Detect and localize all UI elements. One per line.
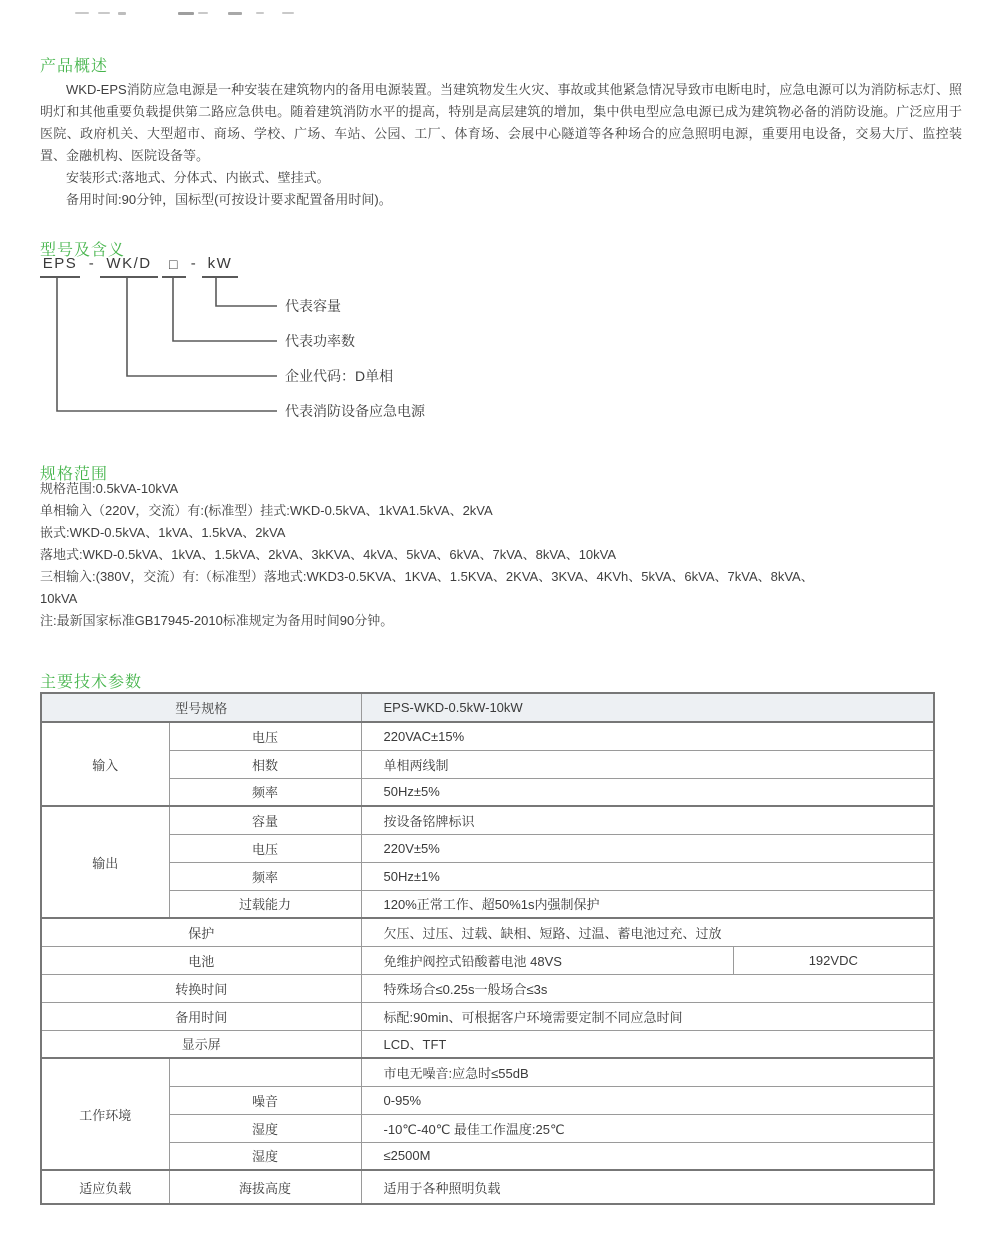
spec-line: 注:最新国家标准GB17945-2010标准规定为备用时间90分钟。 bbox=[40, 610, 962, 632]
value-cell: 免维护阀控式铅酸蓄电池 48VS bbox=[361, 946, 733, 974]
model-part-placeholder-box: □ bbox=[162, 254, 186, 278]
model-part-dash: - bbox=[86, 254, 98, 276]
table-row: 备用时间 标配:90min、可根据客户环境需要定制不同应急时间 bbox=[41, 1002, 934, 1030]
overview-text-block: WKD-EPS消防应急电源是一种安装在建筑物内的备用电源装置。当建筑物发生火灾、… bbox=[40, 79, 962, 211]
table-row: 湿度 -10℃-40℃ 最佳工作温度:25℃ bbox=[41, 1114, 934, 1142]
param-cell: 容量 bbox=[169, 806, 361, 834]
spec-line: 三相输入:(380V，交流）有:（标准型）落地式:WKD3-0.5KVA、1KV… bbox=[40, 566, 962, 588]
param-cell: 湿度 bbox=[169, 1114, 361, 1142]
datasheet-page: { "accent_color": "#45b44b", "overview":… bbox=[0, 0, 1000, 1253]
param-cell-protection: 保护 bbox=[41, 918, 361, 946]
value-cell: LCD、TFT bbox=[361, 1030, 934, 1058]
value-cell: 50Hz±5% bbox=[361, 778, 934, 806]
table-row: 频率 50Hz±1% bbox=[41, 862, 934, 890]
param-cell: 频率 bbox=[169, 862, 361, 890]
value-cell: 适用于各种照明负载 bbox=[361, 1170, 934, 1204]
table-row: 适应负载 海拔高度 适用于各种照明负载 bbox=[41, 1170, 934, 1204]
param-cell-battery: 电池 bbox=[41, 946, 361, 974]
group-cell-environment: 工作环境 bbox=[41, 1058, 169, 1170]
model-part-dash: - bbox=[188, 254, 200, 276]
value-cell: 市电无噪音:应急时≤55dB bbox=[361, 1058, 934, 1086]
param-cell-display: 显示屏 bbox=[41, 1030, 361, 1058]
value-cell: 120%正常工作、超50%1s内强制保护 bbox=[361, 890, 934, 918]
diagram-label-eps-meaning: 代表消防设备应急电源 bbox=[285, 401, 425, 421]
table-row: 噪音 0-95% bbox=[41, 1086, 934, 1114]
model-part-wkd: WK/D bbox=[100, 254, 158, 278]
table-header-row: 型号规格 EPS-WKD-0.5kW-10kW bbox=[41, 693, 934, 722]
model-code-diagram: EPS - WK/D □ - kW 代表容量 代表功率数 企业代码：D单相 代表… bbox=[40, 254, 600, 430]
param-cell: 频率 bbox=[169, 778, 361, 806]
value-cell: 0-95% bbox=[361, 1086, 934, 1114]
param-cell: 相数 bbox=[169, 750, 361, 778]
value-cell: 220VAC±15% bbox=[361, 722, 934, 750]
param-cell: 电压 bbox=[169, 722, 361, 750]
section-heading-parameters: 主要技术参数 bbox=[40, 673, 440, 693]
param-cell-altitude: 海拔高度 bbox=[169, 1170, 361, 1204]
value-cell: 220V±5% bbox=[361, 834, 934, 862]
value-cell: 按设备铭牌标识 bbox=[361, 806, 934, 834]
value-cell: 标配:90min、可根据客户环境需要定制不同应急时间 bbox=[361, 1002, 934, 1030]
value-cell: ≤2500M bbox=[361, 1142, 934, 1170]
spec-line: 规格范围:0.5kVA-10kVA bbox=[40, 478, 962, 500]
diagram-connector-lines bbox=[40, 278, 290, 418]
param-cell: 湿度 bbox=[169, 1142, 361, 1170]
value-cell: 欠压、过压、过载、缺相、短路、过温、蓄电池过充、过放 bbox=[361, 918, 934, 946]
specs-text-block: 规格范围:0.5kVA-10kVA 单相输入（220V，交流）有:(标准型）挂式… bbox=[40, 478, 962, 632]
value-cell: 50Hz±1% bbox=[361, 862, 934, 890]
table-row: 电压 220V±5% bbox=[41, 834, 934, 862]
section-heading-overview: 产品概述 bbox=[40, 57, 440, 77]
param-cell: 过载能力 bbox=[169, 890, 361, 918]
param-cell-empty bbox=[169, 1058, 361, 1086]
value-cell: -10℃-40℃ 最佳工作温度:25℃ bbox=[361, 1114, 934, 1142]
table-row: 频率 50Hz±5% bbox=[41, 778, 934, 806]
spec-line: 10kVA bbox=[40, 588, 962, 610]
param-cell: 电压 bbox=[169, 834, 361, 862]
diagram-label-company-code: 企业代码：D单相 bbox=[285, 366, 393, 386]
table-row: 转换时间 特殊场合≤0.25s一般场合≤3s bbox=[41, 974, 934, 1002]
value-cell: 单相两线制 bbox=[361, 750, 934, 778]
install-type-line: 安装形式:落地式、分体式、内嵌式、壁挂式。 bbox=[40, 167, 962, 189]
table-row: 湿度 ≤2500M bbox=[41, 1142, 934, 1170]
table-row: 过载能力 120%正常工作、超50%1s内强制保护 bbox=[41, 890, 934, 918]
diagram-label-capacity: 代表容量 bbox=[285, 296, 341, 316]
model-part-kw: kW bbox=[202, 254, 238, 278]
table-row: 工作环境 市电无噪音:应急时≤55dB bbox=[41, 1058, 934, 1086]
value-cell: 特殊场合≤0.25s一般场合≤3s bbox=[361, 974, 934, 1002]
group-cell-input: 输入 bbox=[41, 722, 169, 806]
header-model-spec-label: 型号规格 bbox=[41, 693, 361, 722]
spec-line: 落地式:WKD-0.5kVA、1kVA、1.5kVA、2kVA、3kKVA、4k… bbox=[40, 544, 962, 566]
table-row: 输出 容量 按设备铭牌标识 bbox=[41, 806, 934, 834]
overview-paragraph: WKD-EPS消防应急电源是一种安装在建筑物内的备用电源装置。当建筑物发生火灾、… bbox=[40, 79, 962, 167]
backup-time-line: 备用时间:90分钟，国标型(可按设计要求配置备用时间)。 bbox=[40, 189, 962, 211]
table-row: 显示屏 LCD、TFT bbox=[41, 1030, 934, 1058]
value-cell-battery-voltage: 192VDC bbox=[733, 946, 934, 974]
param-cell: 噪音 bbox=[169, 1086, 361, 1114]
group-cell-output: 输出 bbox=[41, 806, 169, 918]
table-row: 输入 电压 220VAC±15% bbox=[41, 722, 934, 750]
spec-line: 单相输入（220V，交流）有:(标准型）挂式:WKD-0.5kVA、1kVA1.… bbox=[40, 500, 962, 522]
spec-line: 嵌式:WKD-0.5kVA、1kVA、1.5kVA、2kVA bbox=[40, 522, 962, 544]
table-row: 保护 欠压、过压、过载、缺相、短路、过温、蓄电池过充、过放 bbox=[41, 918, 934, 946]
page-crop-artifacts bbox=[70, 12, 670, 16]
table-row: 相数 单相两线制 bbox=[41, 750, 934, 778]
technical-parameters-table: 型号规格 EPS-WKD-0.5kW-10kW 输入 电压 220VAC±15%… bbox=[40, 692, 935, 1205]
param-cell-backup-time: 备用时间 bbox=[41, 1002, 361, 1030]
model-part-eps: EPS bbox=[40, 254, 80, 278]
table-row: 电池 免维护阀控式铅酸蓄电池 48VS 192VDC bbox=[41, 946, 934, 974]
group-cell-load: 适应负载 bbox=[41, 1170, 169, 1204]
diagram-label-power-number: 代表功率数 bbox=[285, 331, 355, 351]
param-cell-transfer-time: 转换时间 bbox=[41, 974, 361, 1002]
header-model-spec-value: EPS-WKD-0.5kW-10kW bbox=[361, 693, 934, 722]
